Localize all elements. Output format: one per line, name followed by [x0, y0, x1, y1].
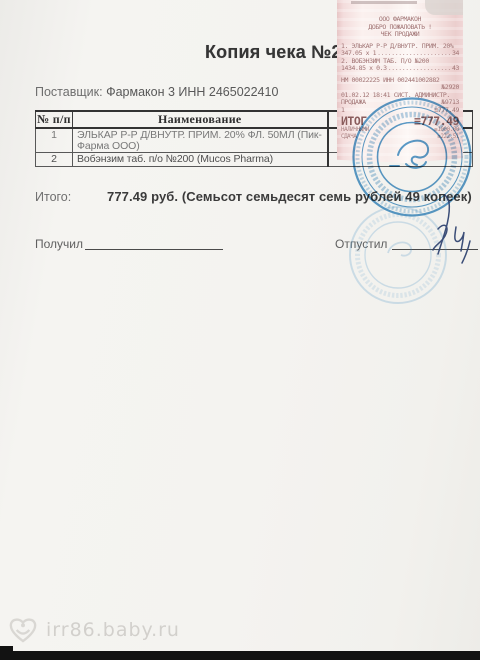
supplier-line: Поставщик: Фармакон 3 ИНН 2465022410	[35, 85, 278, 99]
watermark: irr86.baby.ru	[6, 615, 180, 645]
watermark-text: irr86.baby.ru	[46, 619, 180, 641]
received-label: Получил	[35, 237, 83, 251]
baby-ru-heart-icon	[6, 615, 40, 645]
row-name-cell: ЭЛЬКАР Р-Р Д/ВНУТР. ПРИМ. 20% ФЛ. 50МЛ (…	[73, 128, 328, 153]
row-number-cell: 2	[36, 153, 73, 167]
bowl-of-hygieia-icon	[390, 141, 428, 168]
scan-edge-bar	[0, 651, 480, 660]
receipt-header-line: ЧЕК ПРОДАЖИ	[337, 31, 463, 39]
row-number-cell: 1	[36, 128, 73, 153]
receipt-line-right: 34	[452, 50, 459, 58]
receipt-torn-corner	[425, 0, 463, 15]
supplier-label: Поставщик:	[35, 85, 103, 99]
receipt-line-left: НМ 00022225 ИНН 002441002882	[341, 77, 439, 85]
pen-signature	[418, 193, 480, 271]
column-header-number: № п/п	[36, 111, 73, 128]
scan-edge-notch	[0, 646, 13, 660]
row-name-cell: Вобэнзим таб. п/о №200 (Mucos Pharma)	[73, 153, 328, 167]
receipt-cutoff-print	[351, 1, 417, 4]
scanned-page-background: Копия чека №252 Поставщик: Фармакон 3 ИН…	[0, 0, 480, 660]
receipt-dot-leader: ..................................	[388, 65, 451, 73]
receipt-line-left: 1434.85 х 0.3	[341, 65, 387, 73]
receipt-line-left: 1	[341, 107, 345, 115]
column-header-name: Наименование	[73, 111, 328, 128]
supplier-value: Фармакон 3 ИНН 2465022410	[106, 85, 278, 99]
total-label: Итого:	[35, 190, 71, 204]
received-signature-line	[85, 249, 223, 250]
receipt-line-right: 43	[452, 65, 459, 73]
receipt-line: 1434.85 х 0.3...........................…	[337, 65, 463, 73]
